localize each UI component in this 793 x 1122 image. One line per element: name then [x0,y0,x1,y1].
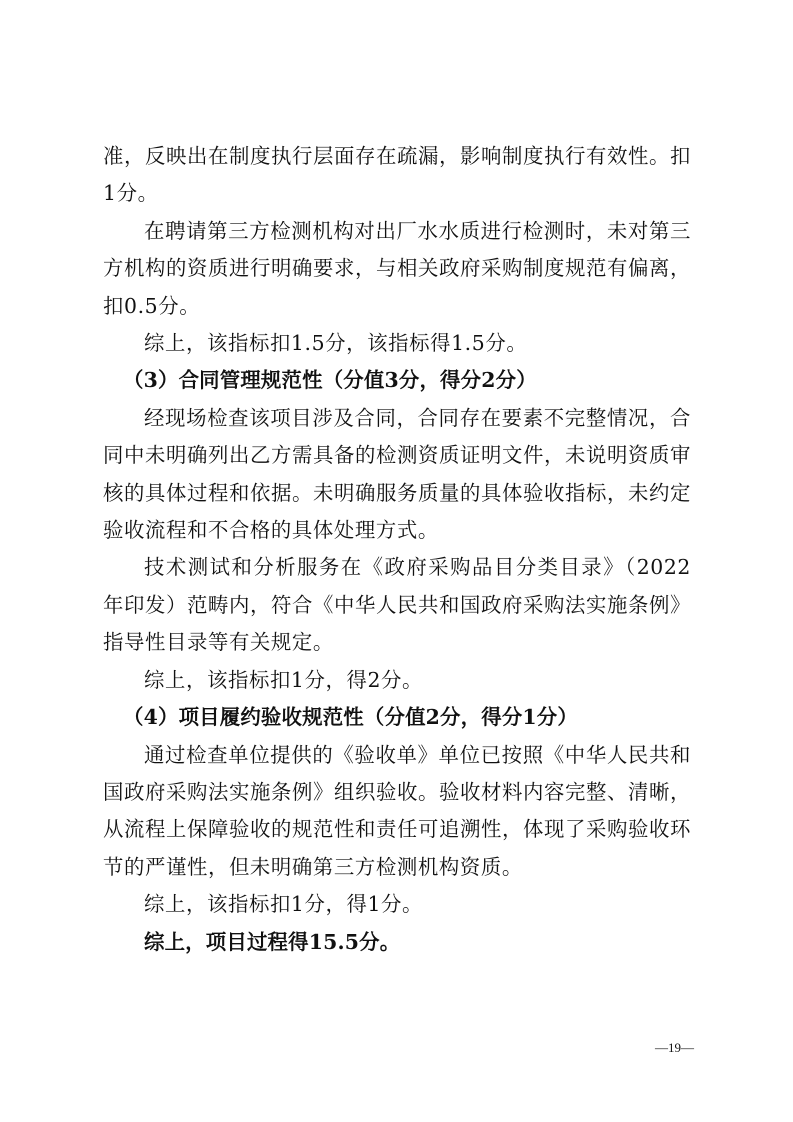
paragraph-acceptance-inspection: 通过检查单位提供的《验收单》单位已按照《中华人民共和国政府采购法实施条例》组织验… [103,737,691,887]
page-number: —19— [655,1040,694,1056]
document-body: 准，反映出在制度执行层面存在疏漏，影响制度执行有效性。扣1分。 在聘请第三方检测… [103,138,691,961]
paragraph-procurement-catalog: 技术测试和分析服务在《政府采购品目分类目录》（2022年印发）范畴内，符合《中华… [103,549,691,661]
section-heading-contract-management: （3）合同管理规范性（分值3分，得分2分） [103,362,691,399]
paragraph-third-party-qualification: 在聘请第三方检测机构对出厂水水质进行检测时，未对第三方机构的资质进行明确要求，与… [103,213,691,325]
paragraph-process-total: 综上，项目过程得15.5分。 [103,924,691,961]
paragraph-deduction-continued: 准，反映出在制度执行层面存在疏漏，影响制度执行有效性。扣1分。 [103,138,691,213]
paragraph-contract-inspection: 经现场检查该项目涉及合同，合同存在要素不完整情况，合同中未明确列出乙方需具备的检… [103,400,691,550]
section-heading-acceptance: （4）项目履约验收规范性（分值2分，得分1分） [103,699,691,736]
paragraph-summary-indicator-3: 综上，该指标扣1分，得2分。 [103,662,691,699]
paragraph-summary-indicator-2: 综上，该指标扣1.5分，该指标得1.5分。 [103,325,691,362]
paragraph-summary-indicator-4: 综上，该指标扣1分，得1分。 [103,886,691,923]
